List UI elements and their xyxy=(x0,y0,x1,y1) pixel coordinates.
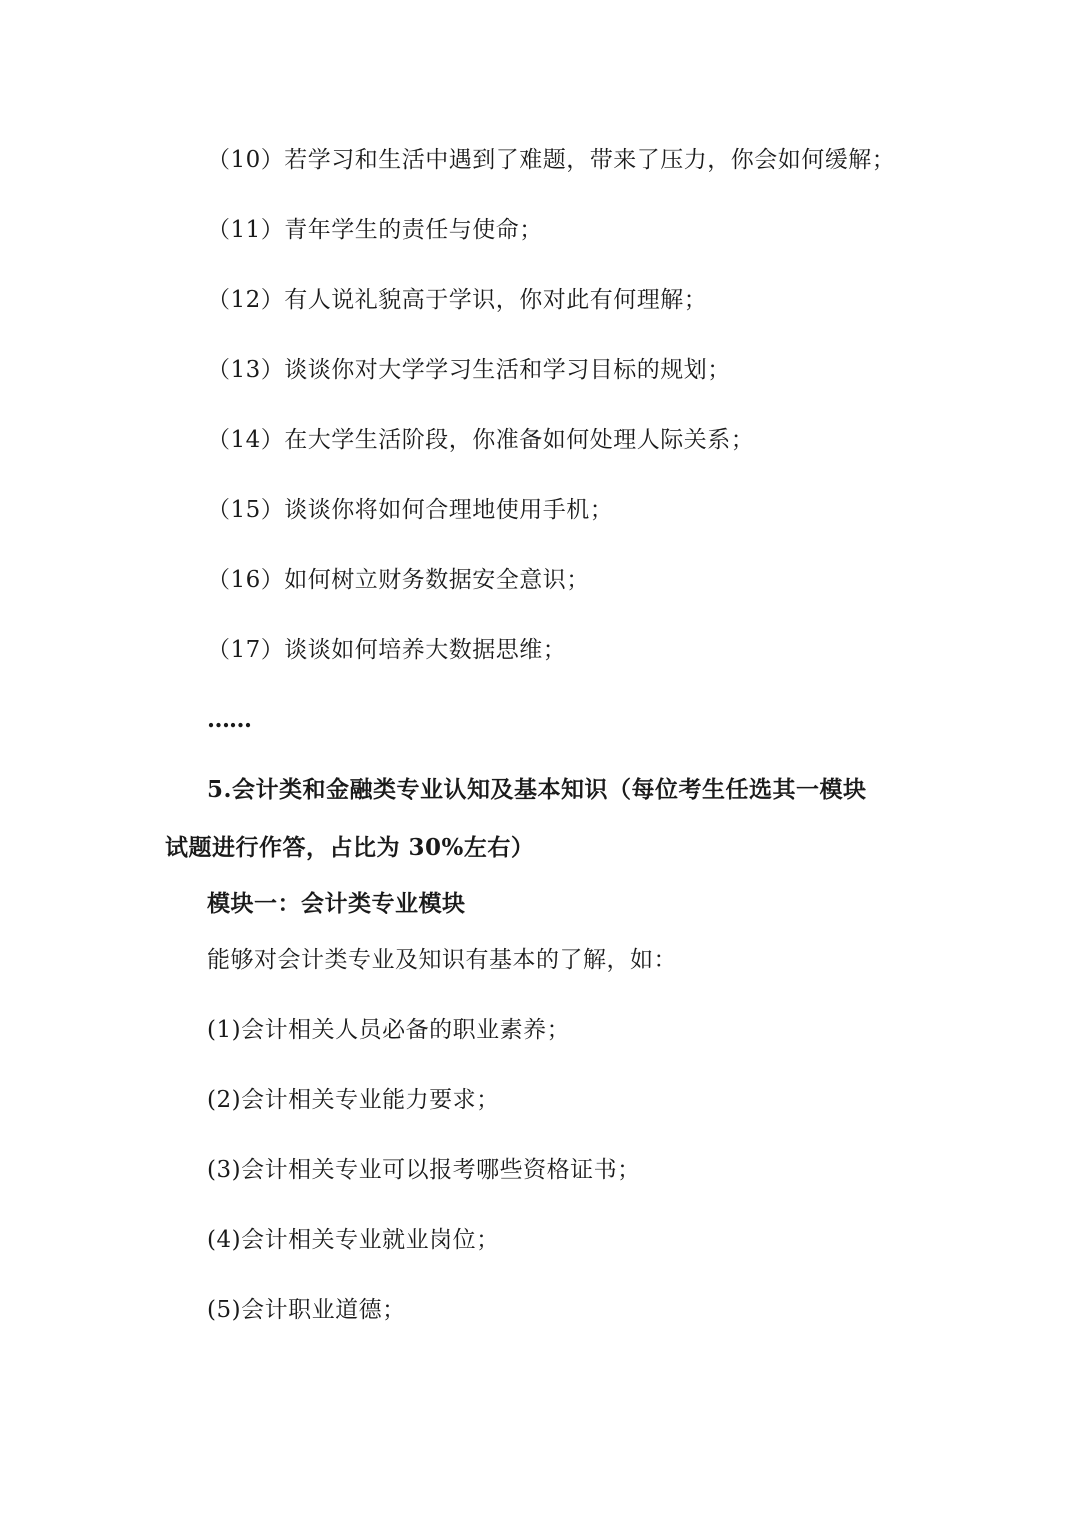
question-item-15: （15）谈谈你将如何合理地使用手机； xyxy=(207,495,613,525)
module-1-intro: 能够对会计类专业及知识有基本的了解，如： xyxy=(207,945,677,975)
question-number: （13） xyxy=(207,357,284,383)
question-text: 青年学生的责任与使命； xyxy=(284,217,543,243)
question-item-13: （13）谈谈你对大学学习生活和学习目标的规划； xyxy=(207,355,731,385)
module-item-2: (2)会计相关专业能力要求； xyxy=(207,1085,500,1115)
module-item-4: (4)会计相关专业就业岗位； xyxy=(207,1225,500,1255)
question-text: 若学习和生活中遇到了难题，带来了压力，你会如何缓解； xyxy=(284,147,895,173)
question-item-16: （16）如何树立财务数据安全意识； xyxy=(207,565,590,595)
section-5-heading-line-2: 试题进行作答，占比为 30%左右） xyxy=(165,833,534,863)
question-number: （10） xyxy=(207,147,284,173)
question-number: （14） xyxy=(207,427,284,453)
item-text: 会计职业道德； xyxy=(241,1297,406,1323)
item-text: 会计相关专业可以报考哪些资格证书； xyxy=(241,1157,641,1183)
item-number: (2) xyxy=(207,1087,241,1113)
module-item-1: (1)会计相关人员必备的职业素养； xyxy=(207,1015,570,1045)
question-item-14: （14）在大学生活阶段，你准备如何处理人际关系； xyxy=(207,425,754,455)
question-number: （16） xyxy=(207,567,284,593)
question-number: （17） xyxy=(207,637,284,663)
item-number: (1) xyxy=(207,1017,241,1043)
document-page: （10）若学习和生活中遇到了难题，带来了压力，你会如何缓解； （11）青年学生的… xyxy=(0,0,1080,1527)
question-number: （11） xyxy=(207,217,284,243)
question-number: （12） xyxy=(207,287,284,313)
list-continuation-ellipsis: …… xyxy=(207,705,251,735)
question-item-10: （10）若学习和生活中遇到了难题，带来了压力，你会如何缓解； xyxy=(207,145,895,175)
question-text: 谈谈你对大学学习生活和学习目标的规划； xyxy=(284,357,731,383)
question-text: 有人说礼貌高于学识，你对此有何理解； xyxy=(284,287,707,313)
module-item-3: (3)会计相关专业可以报考哪些资格证书； xyxy=(207,1155,641,1185)
question-item-17: （17）谈谈如何培养大数据思维； xyxy=(207,635,566,665)
question-item-12: （12）有人说礼貌高于学识，你对此有何理解； xyxy=(207,285,707,315)
question-text: 谈谈你将如何合理地使用手机； xyxy=(284,497,613,523)
item-text: 会计相关人员必备的职业素养； xyxy=(241,1017,570,1043)
question-text: 在大学生活阶段，你准备如何处理人际关系； xyxy=(284,427,754,453)
question-text: 如何树立财务数据安全意识； xyxy=(284,567,590,593)
item-text: 会计相关专业能力要求； xyxy=(241,1087,500,1113)
question-item-11: （11）青年学生的责任与使命； xyxy=(207,215,543,245)
item-number: (4) xyxy=(207,1227,241,1253)
section-5-heading-line-1: 5.会计类和金融类专业认知及基本知识（每位考生任选其一模块 xyxy=(207,775,867,805)
question-text: 谈谈如何培养大数据思维； xyxy=(284,637,566,663)
item-number: (5) xyxy=(207,1297,241,1323)
item-text: 会计相关专业就业岗位； xyxy=(241,1227,500,1253)
item-number: (3) xyxy=(207,1157,241,1183)
module-item-5: (5)会计职业道德； xyxy=(207,1295,406,1325)
question-number: （15） xyxy=(207,497,284,523)
module-1-title: 模块一：会计类专业模块 xyxy=(207,889,466,919)
